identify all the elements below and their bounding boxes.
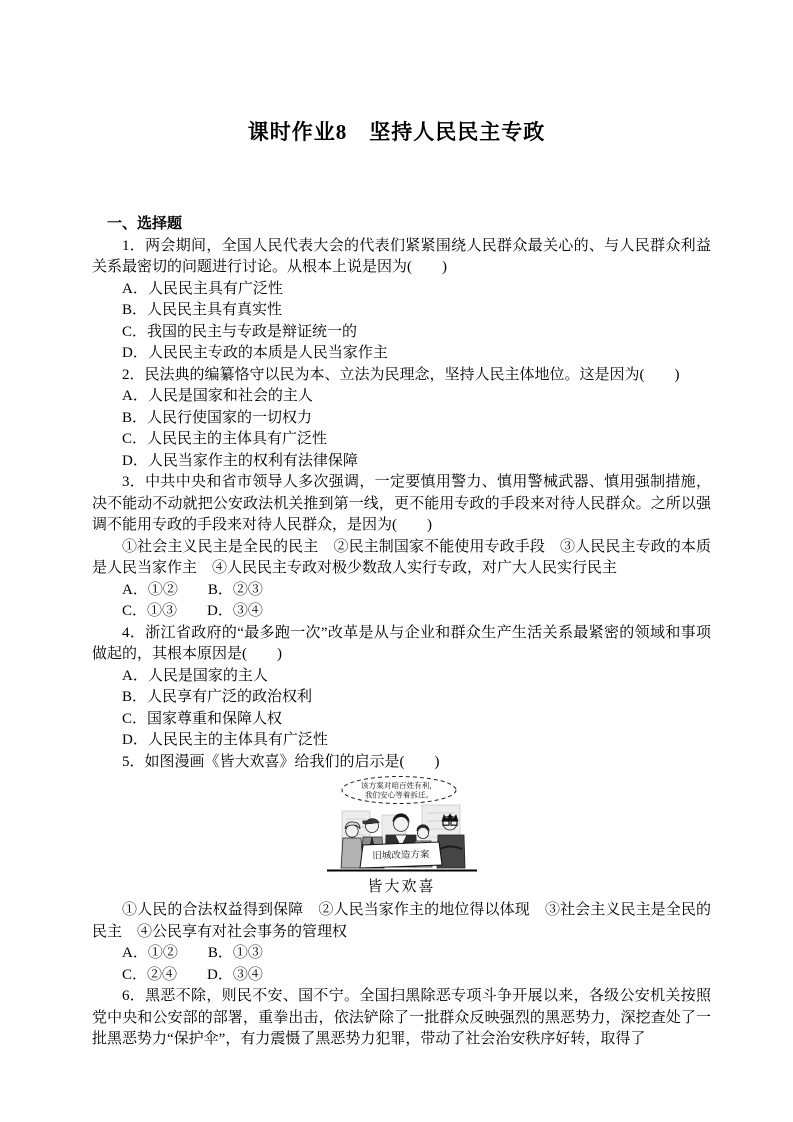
- question-6-stem: 6．黑恶不除，则民不安、国不宁。全国扫黑除恶专项斗争开展以来，各级公安机关按照党…: [92, 986, 711, 1051]
- placard-sign: 旧城改造方案: [360, 842, 442, 868]
- section-heading: 一、选择题: [92, 214, 711, 236]
- speech-bubble-line2: 我们安心等着拆迁。: [364, 790, 432, 800]
- question-2-stem: 2．民法典的编纂恪守以民为本、立法为民理念，坚持人民主体地位。这是因为( ): [92, 365, 711, 387]
- question-3-stem: 3．中共中央和省市领导人多次强调，一定要慎用警力、慎用警械武器、慎用强制措施，决…: [92, 472, 711, 537]
- question-4-option-a: A．人民是国家的主人: [92, 666, 711, 688]
- question-1-option-a: A．人民民主具有广泛性: [92, 279, 711, 301]
- question-4-option-b: B．人民享有广泛的政治权利: [92, 687, 711, 709]
- question-4-option-d: D．人民民主的主体具有广泛性: [92, 730, 711, 752]
- question-2-option-c: C．人民民主的主体具有广泛性: [92, 429, 711, 451]
- question-4-stem: 4．浙江省政府的“最多跑一次”改革是从与企业和群众生产生活关系最紧密的领域和事项…: [92, 623, 711, 666]
- question-1-stem: 1．两会期间，全国人民代表大会的代表们紧紧围绕人民群众最关心的、与人民群众利益关…: [92, 236, 711, 279]
- comic-figure: 该方案对咱百姓有利， 我们安心等着拆迁。 旧城改造方案 皆大欢喜: [92, 775, 711, 898]
- question-2-option-d: D．人民当家作主的权利有法律保障: [92, 451, 711, 473]
- question-2-option-a: A．人民是国家和社会的主人: [92, 386, 711, 408]
- question-2-option-b: B．人民行使国家的一切权力: [92, 408, 711, 430]
- question-1-option-d: D．人民民主专政的本质是人民当家作主: [92, 343, 711, 365]
- speech-bubble-line1: 该方案对咱百姓有利，: [361, 780, 437, 791]
- comic-caption: 皆大欢喜: [92, 877, 711, 898]
- question-1-option-c: C．我国的民主与专政是辩证统一的: [92, 322, 711, 344]
- question-4-option-c: C．国家尊重和保障人权: [92, 709, 711, 731]
- worksheet-page: 课时作业8 坚持人民民主专政 一、选择题 1．两会期间，全国人民代表大会的代表们…: [0, 0, 793, 1122]
- question-3-options-row-1: A．①② B．②③: [92, 580, 711, 602]
- question-3-items: ①社会主义民主是全民的民主 ②民主制国家不能使用专政手段 ③人民民主专政的本质是…: [92, 537, 711, 580]
- worksheet-body: 一、选择题 1．两会期间，全国人民代表大会的代表们紧紧围绕人民群众最关心的、与人…: [92, 214, 711, 1051]
- page-title: 课时作业8 坚持人民民主专政: [0, 0, 793, 146]
- question-5-stem: 5．如图漫画《皆大欢喜》给我们的启示是( ): [92, 752, 711, 774]
- speech-bubble: 该方案对咱百姓有利， 我们安心等着拆迁。: [342, 777, 456, 804]
- crowd-cartoon: 该方案对咱百姓有利， 我们安心等着拆迁。 旧城改造方案: [326, 775, 478, 877]
- question-3-options-row-2: C．①③ D．③④: [92, 601, 711, 623]
- question-5-items: ①人民的合法权益得到保障 ②人民当家作主的地位得以体现 ③社会主义民主是全民的民…: [92, 900, 711, 943]
- question-5-options-row-1: A．①② B．①③: [92, 943, 711, 965]
- question-1-option-b: B．人民民主具有真实性: [92, 300, 711, 322]
- question-5-options-row-2: C．②④ D．③④: [92, 965, 711, 987]
